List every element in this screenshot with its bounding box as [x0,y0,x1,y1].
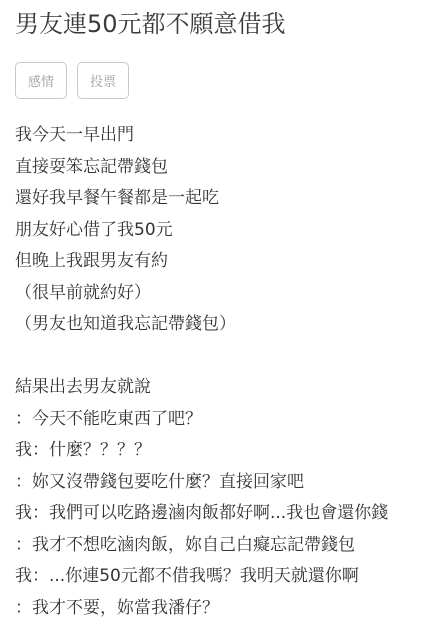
post-line: （男友也知道我忘記帶錢包） [15,309,433,341]
post-line: 還好我早餐午餐都是一起吃 [15,183,433,215]
post-line: 直接耍笨忘記帶錢包 [15,152,433,184]
tag-list: 感情 投票 [15,62,433,99]
post-line: 我：我們可以吃路邊滷肉飯都好啊...我也會還你錢 [15,498,433,530]
post-title: 男友連50元都不願意借我 [15,0,433,41]
tag-vote[interactable]: 投票 [77,62,129,99]
post-line: 我：...你連50元都不借我嗎？我明天就還你啊 [15,561,433,593]
post-line: 我：什麼？？？？ [15,435,433,467]
post-line: 但晚上我跟男友有約 [15,246,433,278]
post-line: ：妳又沒帶錢包要吃什麼？直接回家吧 [15,467,433,499]
tag-relationship[interactable]: 感情 [15,62,67,99]
post-body: 我今天一早出門 直接耍笨忘記帶錢包 還好我早餐午餐都是一起吃 朋友好心借了我50… [15,120,433,624]
post-line: 結果出去男友就說 [15,372,433,404]
post-line: ：我才不想吃滷肉飯，妳自己白癡忘記帶錢包 [15,530,433,562]
post-line: 我今天一早出門 [15,120,433,152]
post-line: 朋友好心借了我50元 [15,215,433,247]
post-page: 男友連50元都不願意借我 感情 投票 我今天一早出門 直接耍笨忘記帶錢包 還好我… [0,0,433,624]
blank-line [15,341,433,373]
post-line: ：我才不要，妳當我潘仔？ [15,593,433,624]
post-line: （很早前就約好） [15,278,433,310]
post-line: ：今天不能吃東西了吧？ [15,404,433,436]
